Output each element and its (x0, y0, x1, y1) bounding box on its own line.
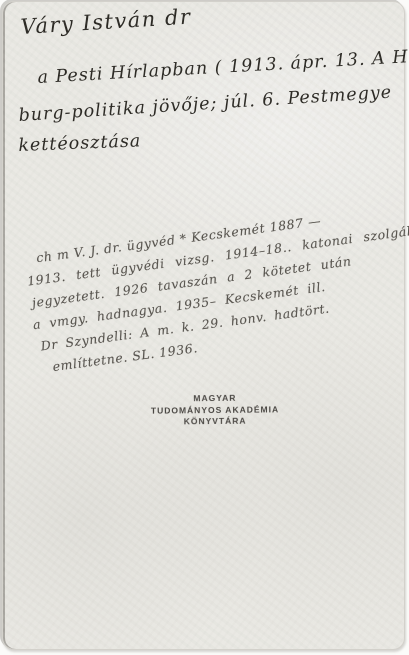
ink-note-line-2: burg-politika jövője; júl. 6. Pestmegye (18, 83, 393, 126)
pencil-annotation-block: ch m V. J. dr. ügyvéd * Kecskemét 1887 —… (23, 194, 409, 380)
library-ownership-stamp: MAGYAR TUDOMÁNYOS AKADÉMIA KÖNYVTÁRA (145, 392, 285, 428)
ink-note-line-3: kettéosztása (18, 131, 142, 156)
stamp-line-2: TUDOMÁNYOS AKADÉMIA (145, 404, 285, 417)
paper-card: Váry István dr a Pesti Hírlapban ( 1913.… (2, 1, 405, 650)
stamp-line-3: KÖNYVTÁRA (145, 415, 285, 428)
ink-note-line-1: a Pesti Hírlapban ( 1913. ápr. 13. A Hab… (37, 45, 409, 88)
scanned-catalog-card: Váry István dr a Pesti Hírlapban ( 1913.… (0, 0, 409, 655)
author-name-line: Váry István dr (20, 5, 192, 39)
